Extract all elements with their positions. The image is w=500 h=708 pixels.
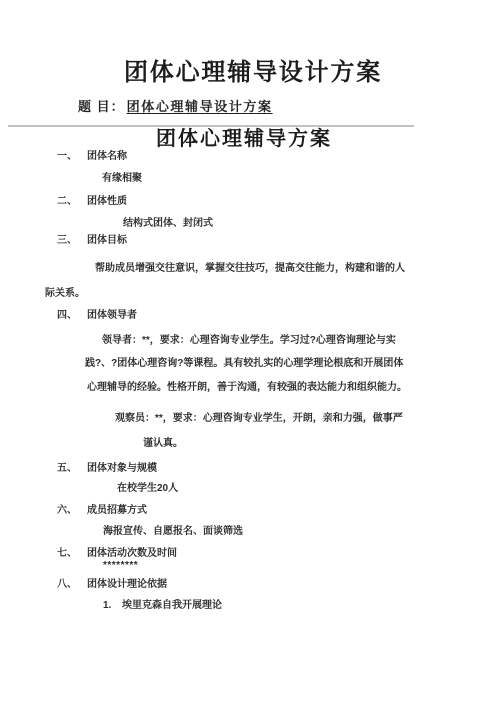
- outline-number: 七、: [57, 548, 87, 560]
- outline-item-4: 四、团体领导者: [57, 310, 137, 322]
- leader-paragraph-line-3: 心理辅导的经验。性格开朗，善于沟通，有较强的表达能力和组织能力。: [87, 382, 407, 394]
- observer-paragraph-line-2: 谨认真。: [143, 438, 183, 450]
- goal-paragraph-line-1: 帮助成员增强交往意识，掌握交往技巧，提高交往能力，构建和谐的人: [95, 263, 405, 275]
- document-title: 团体心理辅导设计方案: [124, 59, 382, 87]
- outline-number: 一、: [57, 151, 87, 163]
- goal-paragraph-line-2: 际关系。: [45, 288, 85, 300]
- outline-number: 二、: [57, 196, 87, 208]
- subject-label: 题 目：: [78, 99, 125, 114]
- group-type-value: 结构式团体、封闭式: [123, 218, 213, 230]
- theory-name: 埃里克森自我开展理论: [122, 600, 222, 611]
- outline-item-8: 八、团体设计理论依据: [57, 579, 167, 591]
- outline-label: 团体设计理论依据: [87, 579, 167, 590]
- outline-label: 成员招募方式: [87, 505, 147, 516]
- outline-item-3: 三、团体目标: [57, 235, 127, 247]
- subject-line: 题 目：团体心理辅导设计方案: [78, 99, 273, 114]
- outline-item-7: 七、团体活动次数及时间: [57, 548, 177, 560]
- document-page: 团体心理辅导设计方案 题 目：团体心理辅导设计方案 团体心理辅导方案 一、团体名…: [0, 0, 500, 708]
- outline-number: 六、: [57, 505, 87, 517]
- leader-paragraph-line-2: 践?、?团体心理咨询?等课程。具有较扎实的心理学理论根底和开展团体: [85, 358, 403, 370]
- outline-label: 团体活动次数及时间: [87, 548, 177, 559]
- outline-item-5: 五、团体对象与规模: [57, 463, 157, 475]
- horizontal-rule: [8, 125, 414, 127]
- outline-label: 团体名称: [87, 151, 127, 162]
- leader-paragraph-line-1: 领导者：**，要求：心理咨询专业学生。学习过?心理咨询理论与实: [102, 335, 396, 347]
- theory-list-item: 1.埃里克森自我开展理论: [103, 600, 222, 612]
- outline-label: 团体目标: [87, 235, 127, 246]
- outline-label: 团体对象与规模: [87, 463, 157, 474]
- scale-value: 在校学生20人: [117, 483, 178, 495]
- subject-value-underlined: 团体心理辅导设计方案: [127, 99, 273, 114]
- outline-item-6: 六、成员招募方式: [57, 505, 147, 517]
- section-heading: 团体心理辅导方案: [156, 128, 332, 151]
- outline-label: 团体性质: [87, 196, 127, 207]
- outline-number: 四、: [57, 310, 87, 322]
- outline-number: 五、: [57, 463, 87, 475]
- schedule-placeholder: ********: [103, 560, 138, 572]
- observer-paragraph-line-1: 观察员：**，要求：心理咨询专业学生，开朗，亲和力强，做事严: [115, 413, 403, 425]
- recruit-value: 海报宣传、自愿报名、面谈筛选: [103, 526, 243, 538]
- outline-number: 三、: [57, 235, 87, 247]
- outline-number: 八、: [57, 579, 87, 591]
- group-name-value: 有缘相聚: [102, 173, 142, 185]
- theory-index: 1.: [103, 600, 122, 612]
- outline-item-2: 二、团体性质: [57, 196, 127, 208]
- outline-label: 团体领导者: [87, 310, 137, 321]
- outline-item-1: 一、团体名称: [57, 151, 127, 163]
